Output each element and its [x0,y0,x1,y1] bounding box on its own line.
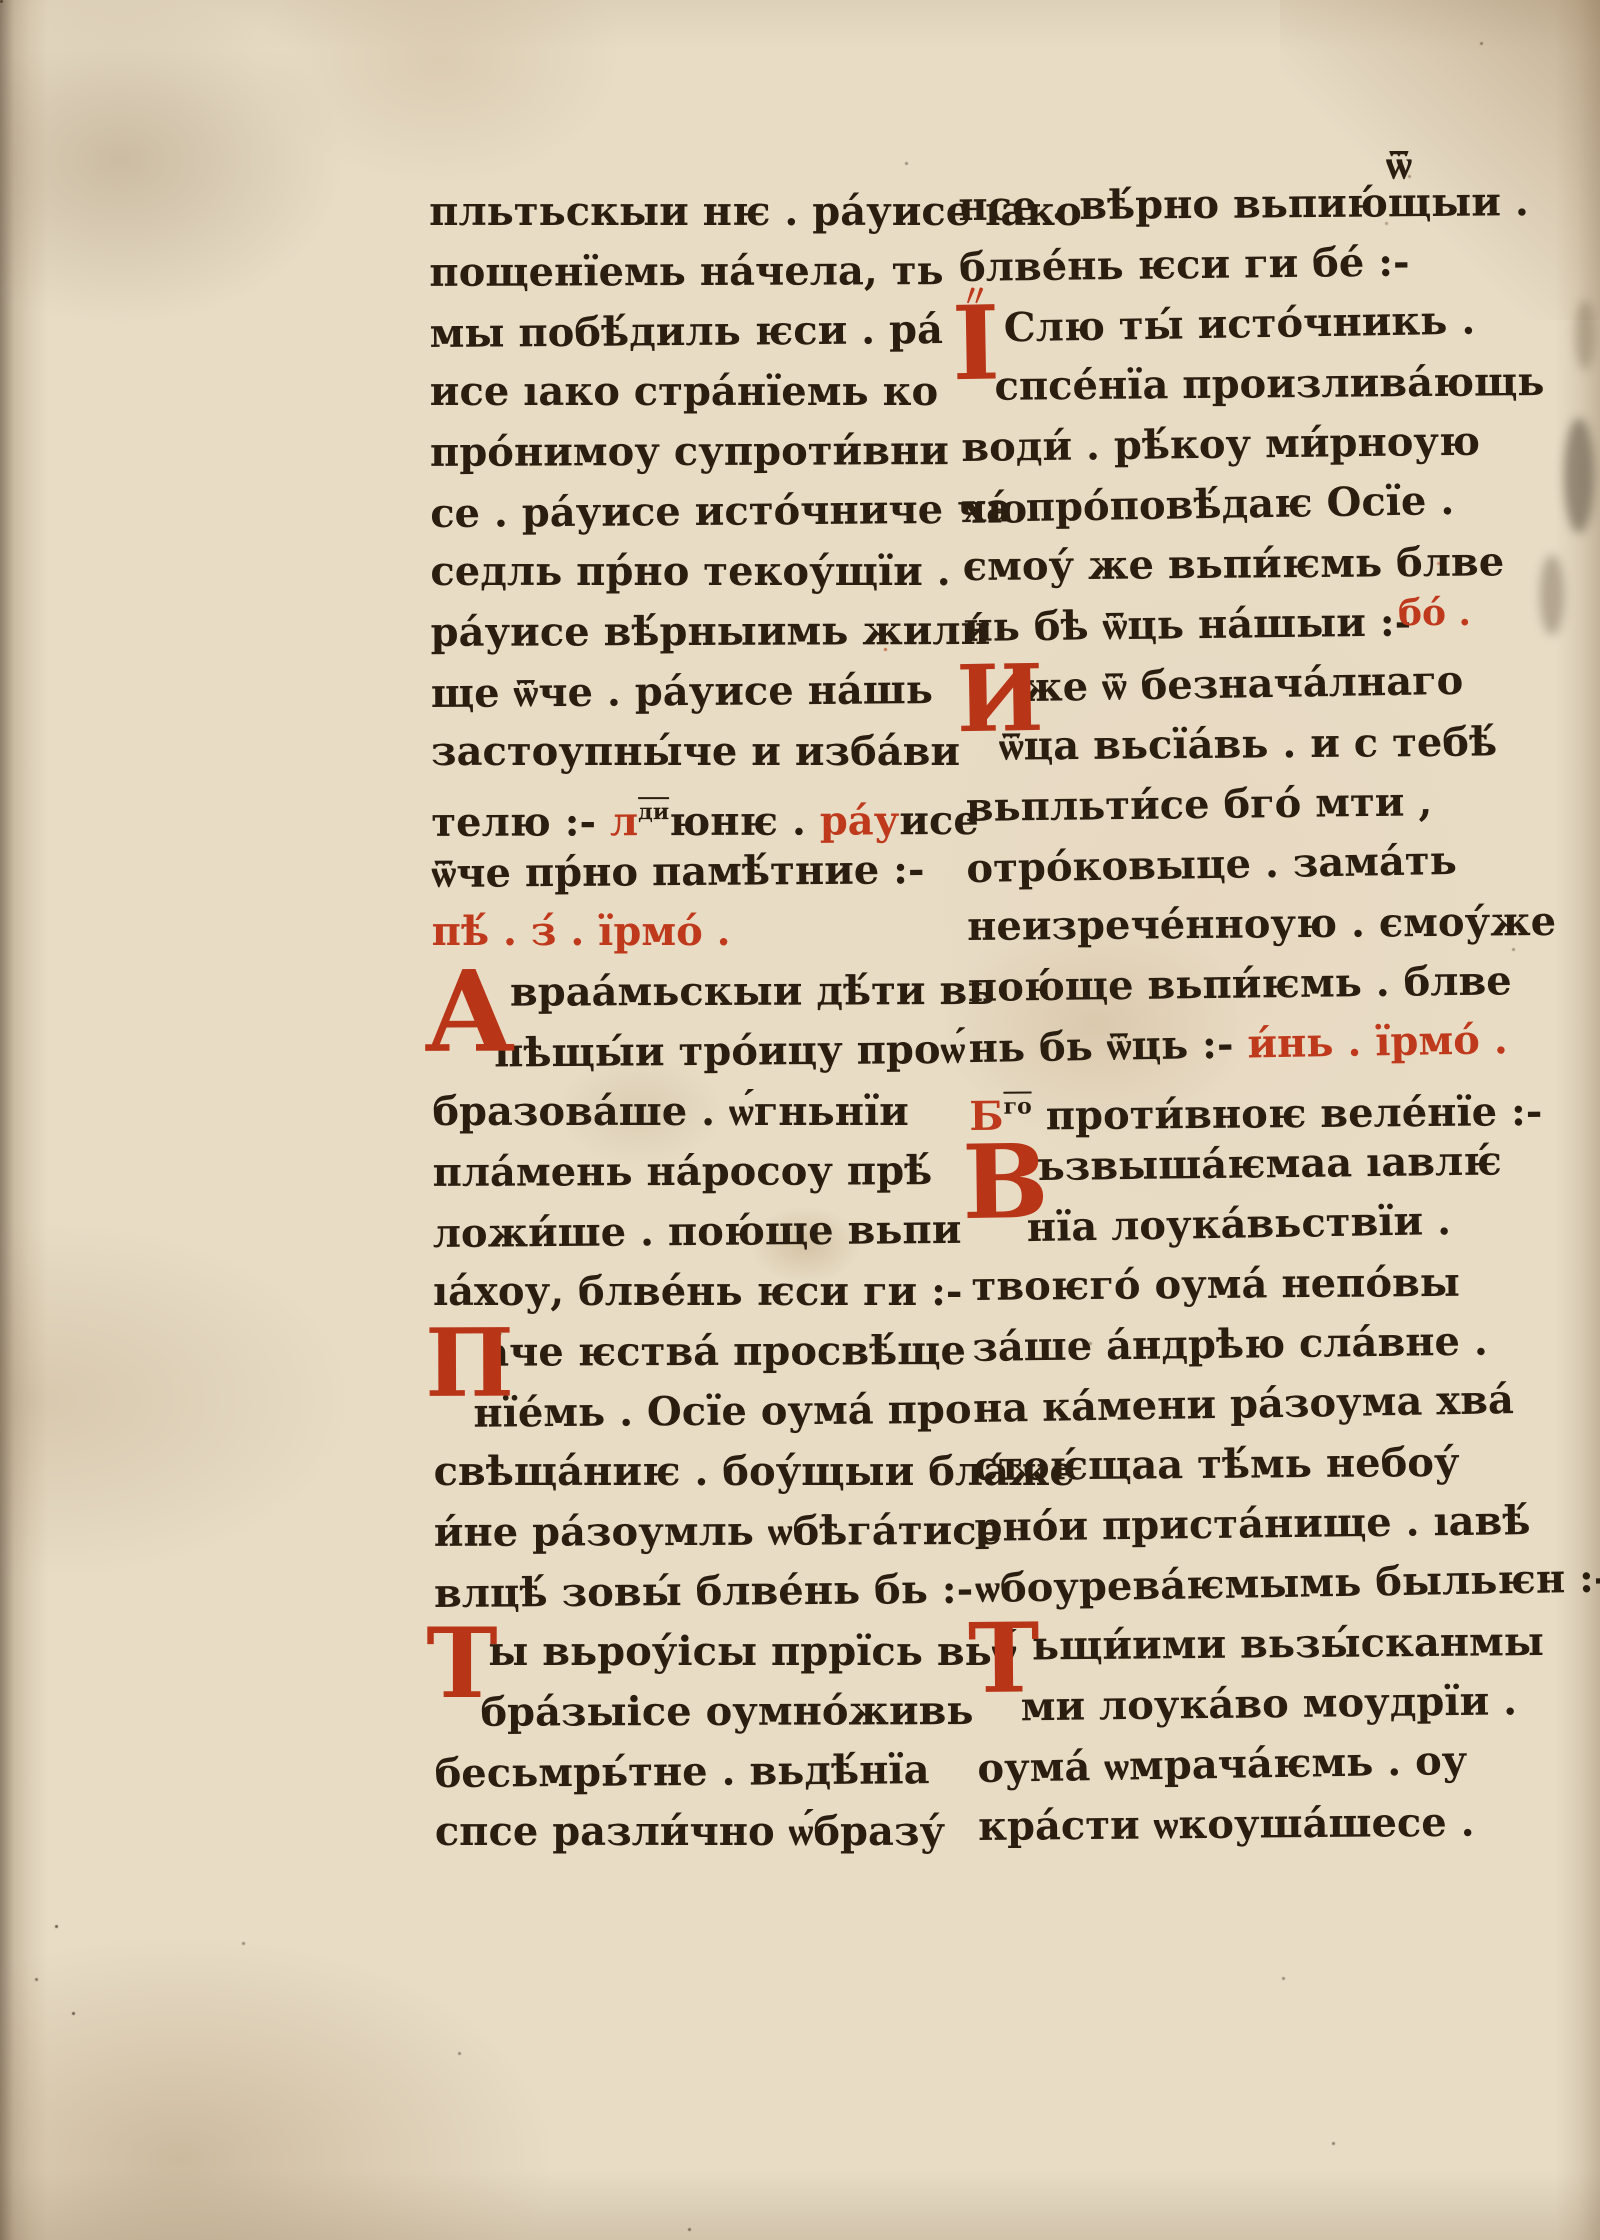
body-text: бесьмрь́тне . вьдѣ́нїа [434,1746,929,1797]
text-line: вьпльти́се бго́ мти , [965,772,1486,838]
text-line: телю :- лдиюнѥ . ра́уисе [431,781,951,843]
rubric-text: и́нь . їрмо́ . [1247,1016,1508,1067]
body-text: ха́ про́повѣ́даѥ Осїе . [962,477,1455,532]
text-line: Възвыша́ѥмаа ıавлѥ́ [970,1132,1491,1198]
body-text: неизрече́нноую . ємоу́же [967,898,1556,950]
text-line: води́ . рѣ́коу ми́рноую [961,412,1482,478]
body-text: ѿче пр́но памѣ́тние :- [431,846,924,897]
text-line: Тьщи́ими вьзы́сканмы [976,1612,1497,1677]
body-text: ще ѿче . ра́уисе на́шь [431,666,933,717]
text-line: на ка́мени ра́зоума хва́ [973,1370,1494,1439]
text-line: ще ѿче . ра́уисе на́шь [431,660,951,724]
text-line: ѡбоурева́ѥмымь быльѥн :- [975,1550,1496,1619]
body-text: нїа лоука́вьствїи . [1026,1197,1451,1251]
body-text: исе ıако стра́нїемь ко [430,368,938,415]
parchment-specks [0,0,3,3]
text-line: рно́и приста́нище . ıавѣ́ [974,1492,1495,1558]
text-line: оума́ ѡмрача́ѥмь . оу [977,1730,1498,1799]
body-text: пощенїемь на́чела, ть [429,247,943,296]
ink-smudge [1575,300,1595,370]
body-text: твоѥго́ оума́ непо́вы [971,1259,1460,1310]
body-text: пѣщы́и тро́ицу проѡ́ [494,1026,966,1077]
text-line: бесьмрь́тне . вьдѣ́нїа [434,1740,954,1804]
text-line: пльтьскыи нѥ . ра́уисе ıако [429,182,949,242]
body-text: спсе́нїа произлива́ющь [994,358,1544,410]
text-column-right: нсе . вѣ́рно вьпию́щыи .блве́нь ѥси ги б… [958,172,1498,1858]
body-text: пою́ще вьпи́ѥмь . блве [968,957,1512,1011]
text-line: Па́че ѥства́ просвѣ́ще [433,1321,953,1383]
body-text: нсе . вѣ́рно вьпию́щыи . [958,178,1529,230]
text-line: про́нимоу супроти́вни [430,421,950,483]
text-line: ложи́ше . пою́ще вьпи [433,1200,953,1264]
text-line: нь бь ѿць :- и́нь . їрмо́ . [968,1010,1489,1079]
body-text: бра́зыісе оумно́живь [480,1687,973,1736]
margin-mark: ѿ [1386,140,1412,190]
text-line: спсе́нїа произлива́ющь [960,353,1481,418]
body-text: спсе разли́чно ѡ́бразу́ [435,1808,945,1855]
text-column-left: пльтьскыи нѥ . ра́уисе ıакопощенїемь на́… [429,181,955,1863]
text-line: ха́ про́повѣ́даѥ Осїе . [962,470,1483,539]
superscript-text: го [1003,1093,1031,1119]
margin-mark: бо́ . [1398,592,1471,634]
ink-smudge [1540,555,1564,635]
text-line: пощенїемь на́чела, ть [429,241,949,303]
body-text: за́ше а́ндрѣю сла́вне . [972,1318,1488,1371]
text-line: пла́мень на́росоу прѣ́ [432,1141,952,1203]
text-line: твоѥго́ оума́ непо́вы [971,1252,1492,1317]
text-line: отро́ковыце . зама́ть [966,830,1487,899]
body-text: ы вьроу́ісы пррїсь вьѡ́ [488,1628,1016,1675]
body-text: се . ра́уисе исто́чниче чю [430,485,1027,537]
text-line: бразова́ше . ѡ́гньнїи [432,1082,952,1142]
body-text: Слю ты́ исто́чникь . [1003,297,1475,352]
superscript-text: ди [638,799,669,825]
body-text: стоѥ́щаа тѣ́мь небоу́ [974,1439,1460,1490]
body-text: а́че ѥства́ просвѣ́ще [483,1327,966,1376]
body-text: и́не ра́зоумль ѡбѣга́тисе [434,1507,1002,1556]
body-text: отро́ковыце . зама́ть [966,837,1457,892]
body-text: ъзвыша́ѥмаа ıавлѥ́ [1034,1137,1502,1190]
illuminated-initial: А [424,957,516,1069]
text-line: Иже ѿ безнача́лнаго [964,650,1485,719]
text-line: свѣща́ниѥ . боу́щыи бла́же [434,1442,954,1502]
body-text: ми лоука́во моудрїи . [1020,1677,1517,1730]
body-text: влцѣ́ зовы́ блве́нь бь :- [434,1566,974,1617]
body-text: води́ . рѣ́коу ми́рноую [961,418,1480,471]
text-line: бра́зыісе оумно́живь [434,1681,954,1743]
text-line: седль пр́но текоу́щїи . [430,542,950,602]
text-line: Ты вьроу́ісы пррїсь вьѡ́ [434,1622,954,1682]
text-line: застоупны́че и изба́ви [431,722,951,782]
text-line: и́не ра́зоумль ѡбѣга́тисе [434,1501,954,1563]
illuminated-initial: П [425,1317,514,1411]
body-text: бразова́ше . ѡ́гньнїи [432,1088,909,1135]
body-text: рно́и приста́нище . ıавѣ́ [974,1497,1531,1551]
body-text: седль пр́но текоу́щїи . [430,548,950,595]
text-line: ѿче пр́но памѣ́тние :- [431,840,951,904]
text-line: пою́ще вьпи́ѥмь . блве [968,952,1489,1018]
body-text: про́нимоу супроти́вни [430,427,949,476]
body-text: застоупны́че и изба́ви [431,728,960,775]
body-text: юнѥ . [669,798,820,846]
body-text: вьпльти́се бго́ мти , [965,778,1432,831]
illuminated-initial: В [962,1131,1049,1234]
body-text: пла́мень на́росоу прѣ́ [432,1147,932,1196]
text-line: стоѥ́щаа тѣ́мь небоу́ [973,1432,1494,1497]
body-text: враа́мьскыи дѣ́ти вь [510,967,995,1016]
body-text: оума́ ѡмрача́ѥмь . оу [977,1737,1468,1792]
body-text: кра́сти ѡкоуша́шесе . [978,1799,1475,1850]
body-text: ѿца вьсїа́вь . и с тебѣ́ [999,718,1498,769]
body-text: нїе́мь . Осїе оума́ про [473,1386,972,1437]
body-text: ьщи́ими вьзы́сканмы [1032,1618,1544,1669]
body-text: ра́уисе вѣ́рныимь жили́ [431,607,991,656]
rubric-text: ра́у [820,797,900,844]
body-text: блве́нь ѥси ги бе́ :- [959,238,1410,291]
text-line: исе ıако стра́нїемь ко [430,362,950,422]
body-text: нь бь ѿць :- [968,1020,1248,1072]
ink-smudge [1564,418,1594,533]
margin-mark: 〃 [960,272,990,316]
body-text: телю :- [431,798,610,846]
body-text: мы побѣ́диль ѥси . ра́ [429,306,943,357]
text-line: Авраа́мьскыи дѣ́ти вь [432,961,952,1023]
text-line: ємоу́ же вьпи́ѥмь блве [962,533,1483,598]
text-line: влцѣ́ зовы́ блве́нь бь :- [434,1560,954,1624]
text-line: ра́уисе вѣ́рныимь жили́ [431,601,951,663]
text-line: блве́нь ѥси ги бе́ :- [959,232,1480,298]
manuscript-page: пльтьскыи нѥ . ра́уисе ıакопощенїемь на́… [0,0,1600,2240]
text-line: се . ра́уисе исто́чниче чю [430,480,950,544]
text-line: неизрече́нноую . ємоу́же [967,892,1488,957]
body-text: ложи́ше . пою́ще вьпи [433,1206,962,1257]
text-line: за́ше а́ндрѣю сла́вне . [972,1312,1493,1378]
text-line: ІСлю ты́ исто́чникь . [959,291,1480,360]
rubric-text: л [610,798,638,845]
text-line: кра́сти ѡкоуша́шесе . [978,1792,1499,1857]
text-line: ѿца вьсїа́вь . и с тебѣ́ [965,713,1486,778]
body-text: на ка́мени ра́зоума хва́ [973,1376,1515,1432]
text-line: мы побѣ́диль ѥси . ра́ [429,300,949,364]
text-line: спсе разли́чно ѡ́бразу́ [435,1802,955,1862]
body-text: же ѿ безнача́лнаго [1022,657,1464,711]
text-line: ми лоука́во моудрїи . [976,1672,1497,1738]
body-text: ѡбоурева́ѥмымь быльѥн :- [975,1554,1600,1612]
body-text: ємоу́ же вьпи́ѥмь блве [963,538,1505,590]
